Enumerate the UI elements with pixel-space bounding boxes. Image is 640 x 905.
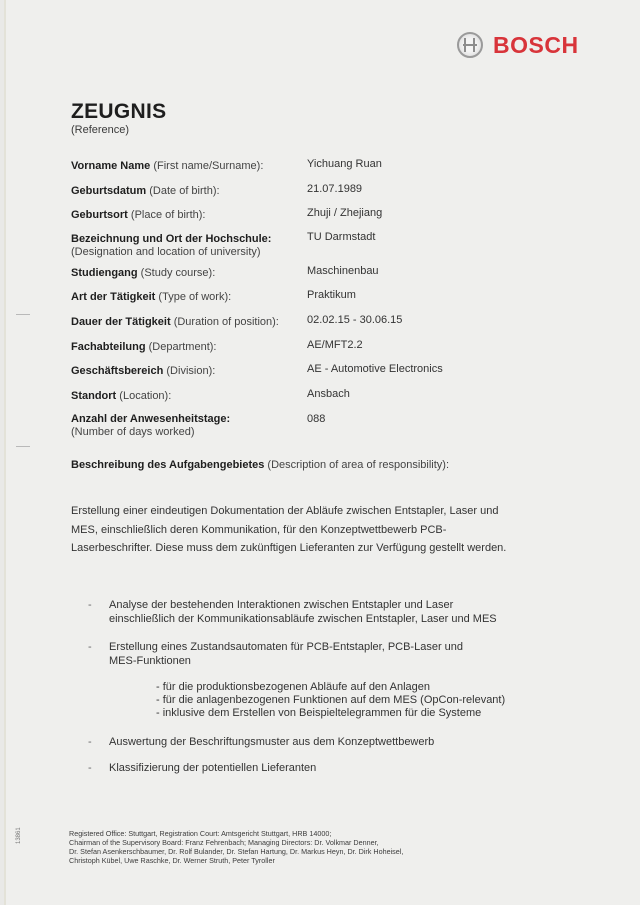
- description-heading: Beschreibung des Aufgabengebietes (Descr…: [71, 459, 449, 471]
- value-university: TU Darmstadt: [307, 231, 375, 244]
- value-birth-date: 21.07.1989: [307, 183, 362, 196]
- dash-marker: -: [88, 736, 92, 750]
- fold-mark: [16, 446, 30, 447]
- dash-marker: -: [88, 641, 92, 655]
- dash-marker: -: [88, 762, 92, 776]
- bullet-item: - Auswertung der Beschriftungsmuster aus…: [109, 736, 549, 750]
- field-study-course: Studiengang (Study course):: [71, 267, 215, 280]
- field-days-worked: Anzahl der Anwesenheitstage:(Number of d…: [71, 413, 230, 439]
- fold-mark: [16, 314, 30, 315]
- value-location: Ansbach: [307, 388, 350, 401]
- field-name: Vorname Name (First name/Surname):: [71, 160, 263, 173]
- sub-item-list: - für die produktionsbezogenen Abläufe a…: [156, 681, 505, 719]
- field-location: Standort (Location):: [71, 390, 171, 403]
- value-type-of-work: Praktikum: [307, 289, 356, 302]
- description-paragraph: Erstellung einer eindeutigen Dokumentati…: [71, 502, 511, 558]
- value-birth-place: Zhuji / Zhejiang: [307, 207, 382, 220]
- value-division: AE - Automotive Electronics: [307, 363, 443, 376]
- sub-item: - für die anlagenbezogenen Funktionen au…: [156, 694, 505, 707]
- value-department: AE/MFT2.2: [307, 339, 363, 352]
- value-days-worked: 088: [307, 413, 325, 426]
- field-birth-place: Geburtsort (Place of birth):: [71, 209, 206, 222]
- field-duration: Dauer der Tätigkeit (Duration of positio…: [71, 316, 279, 329]
- bullet-item: - Analyse der bestehenden Interaktionen …: [109, 599, 549, 626]
- document-title: ZEUGNIS: [71, 100, 166, 124]
- value-duration: 02.02.15 - 30.06.15: [307, 314, 402, 327]
- legal-footer: Registered Office: Stuttgart, Registrati…: [69, 829, 489, 865]
- field-university: Bezeichnung und Ort der Hochschule:(Desi…: [71, 233, 271, 259]
- side-reference-code: 13861: [16, 827, 22, 844]
- field-division: Geschäftsbereich (Division):: [71, 365, 215, 378]
- value-study-course: Maschinenbau: [307, 265, 379, 278]
- bullet-item: - Erstellung eines Zustandsautomaten für…: [109, 641, 549, 668]
- reference-letter-page: BOSCH ZEUGNIS (Reference) Vorname Name (…: [4, 0, 640, 905]
- sub-item: - inklusive dem Erstellen von Beispielte…: [156, 707, 505, 720]
- bosch-logo: BOSCH: [457, 31, 579, 59]
- bullet-item: - Klassifizierung der potentiellen Liefe…: [109, 762, 549, 776]
- brand-name: BOSCH: [493, 32, 579, 59]
- bosch-armature-icon: [457, 32, 483, 58]
- dash-marker: -: [88, 599, 92, 613]
- document-subtitle: (Reference): [71, 124, 129, 136]
- field-birth-date: Geburtsdatum (Date of birth):: [71, 185, 220, 198]
- field-type-of-work: Art der Tätigkeit (Type of work):: [71, 291, 231, 304]
- sub-item: - für die produktionsbezogenen Abläufe a…: [156, 681, 505, 694]
- field-department: Fachabteilung (Department):: [71, 341, 216, 354]
- value-name: Yichuang Ruan: [307, 158, 382, 171]
